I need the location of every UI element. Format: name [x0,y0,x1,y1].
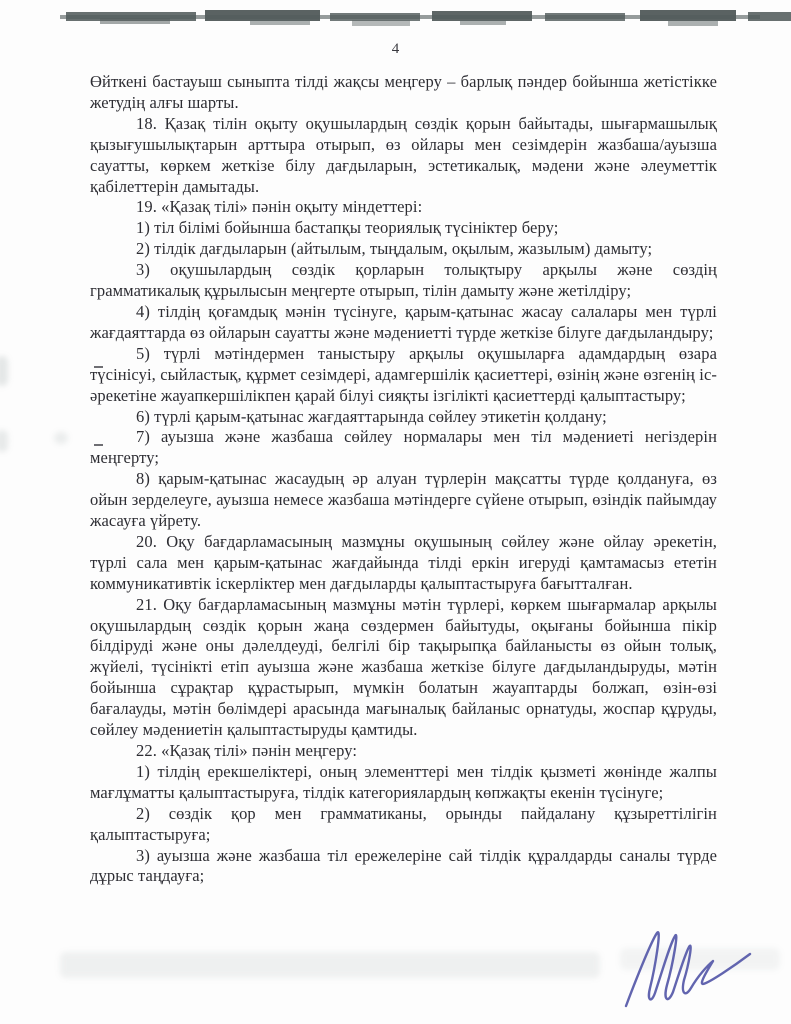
page-number: 4 [0,41,791,58]
paragraph-21: 21. Оқу бағдарламасының мазмұны мәтін тү… [90,595,717,741]
paragraph-19: 19. «Қазақ тілі» пәнін оқыту міндеттері: [90,197,717,218]
list-item-19-8: 8) қарым-қатынас жасаудың әр алуан түрле… [90,469,717,532]
list-item-19-5: 5) түрлі мәтіндермен таныстыру арқылы оқ… [90,344,717,407]
scan-noise-bottom [60,952,600,978]
list-item-19-3: 3) оқушылардың сөздік қорларын толықтыру… [90,260,717,302]
list-item-22-1: 1) тілдің ерекшеліктері, оның элементтер… [90,762,717,804]
list-item-22-3: 3) ауызша және жазбаша тіл ережелеріне с… [90,846,717,888]
scan-noise-left-edge [0,356,8,386]
paragraph-continuation: Өйткені бастауыш сыныпта тілді жақсы мең… [90,72,717,114]
margin-dash-mark [94,366,103,368]
scan-artifact-top-band [0,0,791,34]
margin-dash-mark [94,444,103,446]
list-item-19-2: 2) тілдік дағдыларын (айтылым, тыңдалым,… [90,239,717,260]
paragraph-18: 18. Қазақ тілін оқыту оқушылардың сөздік… [90,114,717,198]
list-item-22-2: 2) сөздік қор мен грамматиканы, орынды п… [90,804,717,846]
list-item-19-6: 6) түрлі қарым-қатынас жағдаяттарында сө… [90,407,717,428]
list-item-19-4: 4) тілдің қоғамдық мәнін түсінуге, қарым… [90,302,717,344]
scanned-document-page: 4 Өйткені бастауыш сыныпта тілді жақсы м… [0,0,791,1024]
paragraph-20: 20. Оқу бағдарламасының мазмұны оқушының… [90,532,717,595]
signature-ink [612,922,780,1022]
list-item-19-1: 1) тіл білімі бойынша бастапқы теориялық… [90,218,717,239]
paragraph-22: 22. «Қазақ тілі» пәнін меңгеру: [90,741,717,762]
scan-noise-left-edge [0,430,8,452]
list-item-19-7: 7) ауызша және жазбаша сөйлеу нормалары … [90,427,717,469]
scan-noise-left-edge [54,432,68,444]
document-body: Өйткені бастауыш сыныпта тілді жақсы мең… [90,72,717,887]
